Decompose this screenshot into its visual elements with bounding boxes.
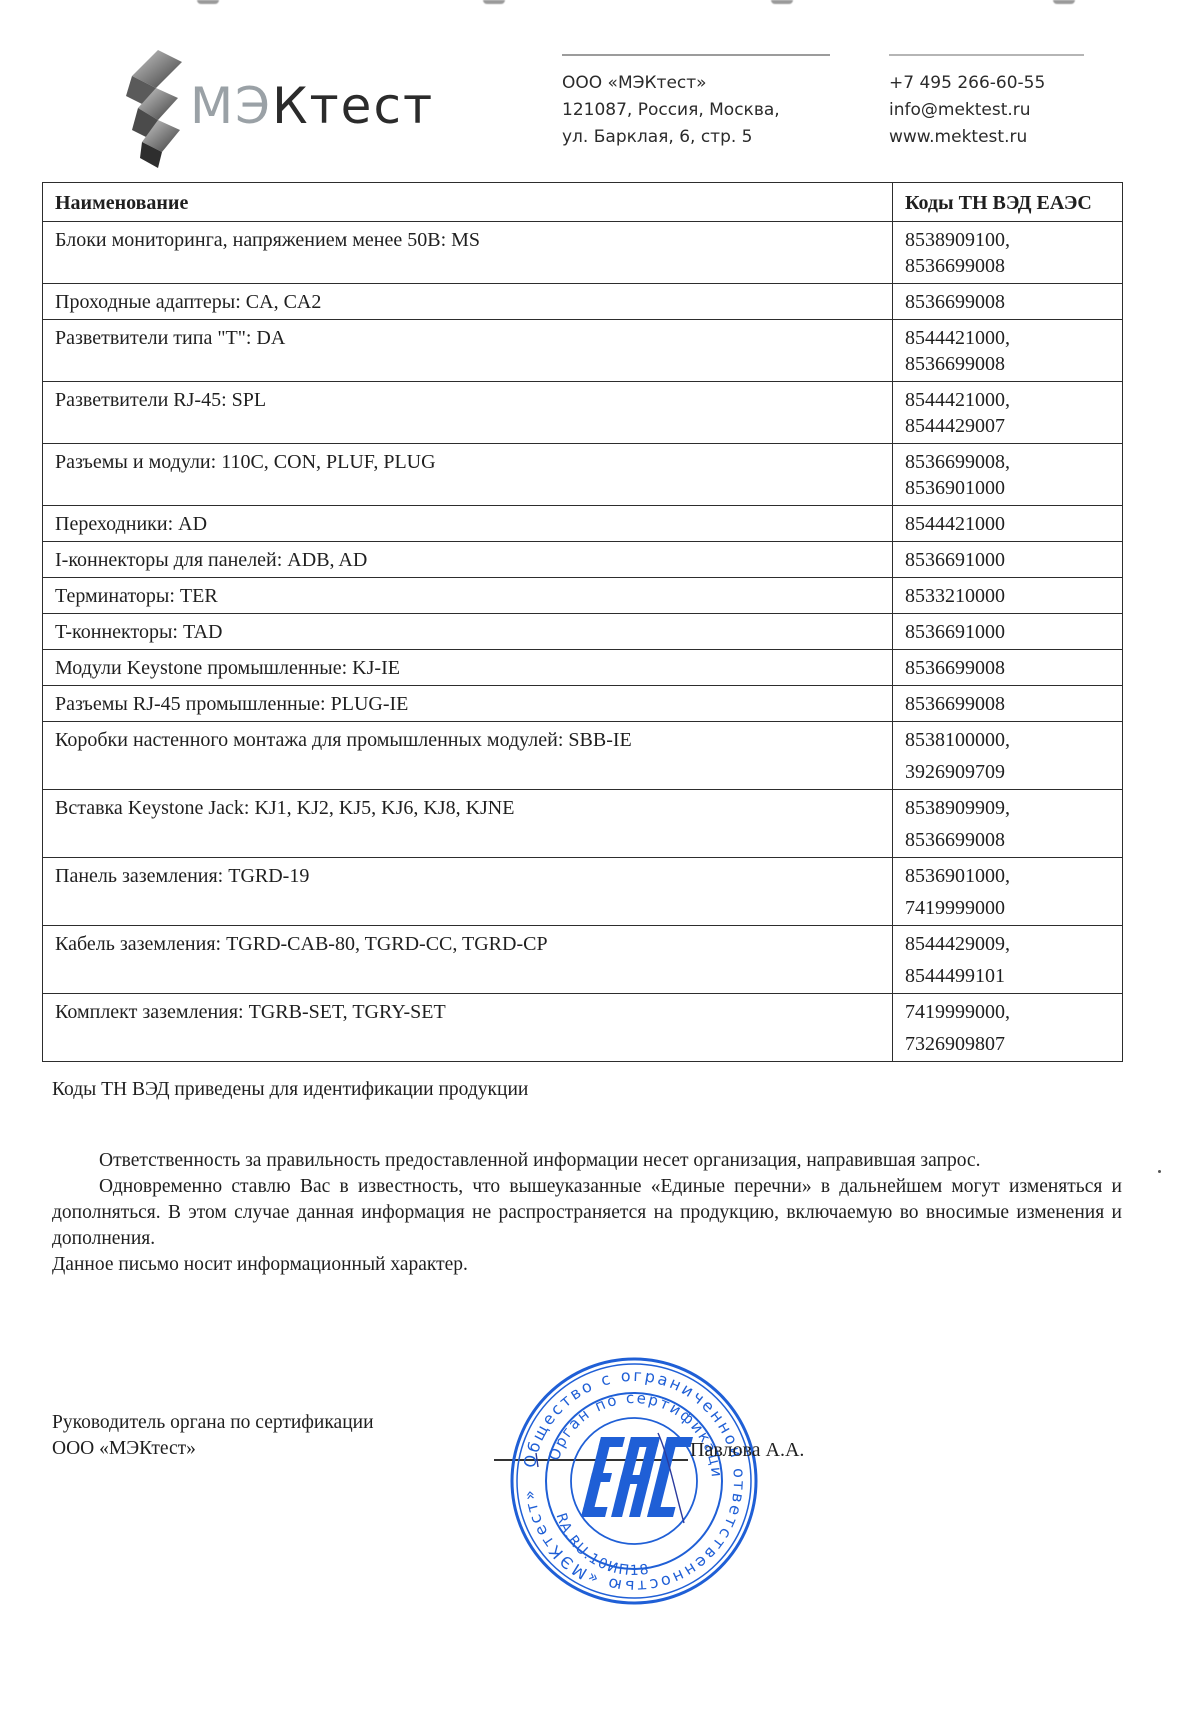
table-row: Коробки настенного монтажа для промышлен… — [43, 722, 1123, 790]
hs-codes-cell: 8536699008 — [893, 650, 1123, 686]
hs-code: 8536699008 — [905, 691, 1110, 717]
table-row: T-коннекторы: TAD8536691000 — [43, 614, 1123, 650]
product-name-cell: Разъемы RJ-45 промышленные: PLUG-IE — [43, 686, 893, 722]
product-codes-table: Наименование Коды ТН ВЭД ЕАЭС Блоки мони… — [42, 182, 1123, 1062]
hs-codes-cell: 8544421000 — [893, 506, 1123, 542]
signatory-position: Руководитель органа по сертификации — [52, 1410, 374, 1436]
hs-code: 8536901000, — [905, 863, 1110, 889]
paragraph-responsibility: Ответственность за правильность предоста… — [52, 1148, 1122, 1174]
hs-code: 8544429009, — [905, 931, 1110, 957]
company-street: ул. Барклая, 6, стр. 5 — [562, 124, 780, 151]
hs-code: 7419999000, — [905, 999, 1110, 1025]
scan-artifact — [1158, 1170, 1161, 1173]
product-name-cell: Блоки мониторинга, напряжением менее 50В… — [43, 222, 893, 284]
hs-code: 8538909100, — [905, 227, 1110, 253]
product-name-cell: I-коннекторы для панелей: ADB, AD — [43, 542, 893, 578]
table-row: Модули Keystone промышленные: KJ-IE85366… — [43, 650, 1123, 686]
hs-code: 7419999000 — [905, 895, 1110, 921]
table-row: Переходники: AD8544421000 — [43, 506, 1123, 542]
table-row: Панель заземления: TGRD-198536901000,741… — [43, 858, 1123, 926]
hs-codes-cell: 7419999000,7326909807 — [893, 994, 1123, 1062]
company-city: 121087, Россия, Москва, — [562, 97, 780, 124]
hs-code: 8536691000 — [905, 547, 1110, 573]
hs-codes-cell: 8536691000 — [893, 542, 1123, 578]
hs-code: 3926909709 — [905, 759, 1110, 785]
company-phone: +7 495 266-60-55 — [889, 70, 1045, 97]
hs-code: 8538100000, — [905, 727, 1110, 753]
table-row: Проходные адаптеры: CA, CA28536699008 — [43, 284, 1123, 320]
hs-code: 8536699008 — [905, 655, 1110, 681]
company-address-block: ООО «МЭКтест» 121087, Россия, Москва, ул… — [562, 70, 780, 151]
hs-codes-cell: 8538909100,8536699008 — [893, 222, 1123, 284]
header-rule-left — [562, 54, 830, 56]
product-name-cell: Комплект заземления: TGRB-SET, TGRY-SET — [43, 994, 893, 1062]
company-name: ООО «МЭКтест» — [562, 70, 780, 97]
scan-binder-marks — [0, 0, 1200, 8]
hs-codes-cell: 8536691000 — [893, 614, 1123, 650]
product-name-cell: Модули Keystone промышленные: KJ-IE — [43, 650, 893, 686]
company-email[interactable]: info@mektest.ru — [889, 97, 1045, 124]
table-row: I-коннекторы для панелей: ADB, AD8536691… — [43, 542, 1123, 578]
hs-code: 8536699008, — [905, 449, 1110, 475]
company-website[interactable]: www.mektest.ru — [889, 124, 1045, 151]
logo-wordmark: МЭКтест — [190, 76, 434, 136]
hs-codes-cell: 8536699008,8536901000 — [893, 444, 1123, 506]
hs-code: 8544429007 — [905, 413, 1110, 439]
product-name-cell: T-коннекторы: TAD — [43, 614, 893, 650]
hs-code: 8536699008 — [905, 827, 1110, 853]
table-row: Комплект заземления: TGRB-SET, TGRY-SET7… — [43, 994, 1123, 1062]
signature-stroke — [508, 1355, 760, 1607]
table-row: Разъемы RJ-45 промышленные: PLUG-IE85366… — [43, 686, 1123, 722]
product-name-cell: Панель заземления: TGRD-19 — [43, 858, 893, 926]
hs-code: 8538909909, — [905, 795, 1110, 821]
signatory-name: Павлова А.А. — [690, 1437, 804, 1463]
product-name-cell: Переходники: AD — [43, 506, 893, 542]
hs-code: 8536699008 — [905, 289, 1110, 315]
hs-code: 8533210000 — [905, 583, 1110, 609]
hs-codes-cell: 8538909909,8536699008 — [893, 790, 1123, 858]
product-name-cell: Проходные адаптеры: CA, CA2 — [43, 284, 893, 320]
signatory-organization: ООО «МЭКтест» — [52, 1436, 374, 1462]
hs-codes-cell: 8544429009,8544499101 — [893, 926, 1123, 994]
hs-codes-cell: 8536699008 — [893, 284, 1123, 320]
company-contact-block: +7 495 266-60-55 info@mektest.ru www.mek… — [889, 70, 1045, 151]
column-header-name: Наименование — [43, 183, 893, 222]
eac-stamp: Общество с ограниченной ответственностью… — [508, 1355, 760, 1607]
company-logo: МЭКтест — [118, 48, 458, 168]
hs-code: 8536699008 — [905, 351, 1110, 377]
signatory-title: Руководитель органа по сертификации ООО … — [52, 1410, 374, 1462]
hs-codes-cell: 8536901000,7419999000 — [893, 858, 1123, 926]
column-header-codes: Коды ТН ВЭД ЕАЭС — [893, 183, 1123, 222]
hs-code: 8544421000, — [905, 387, 1110, 413]
hs-code: 8544421000, — [905, 325, 1110, 351]
hs-codes-cell: 8544421000,8536699008 — [893, 320, 1123, 382]
table-row: Кабель заземления: TGRD-CAB-80, TGRD-CC,… — [43, 926, 1123, 994]
header-rule-right — [889, 54, 1084, 56]
paragraph-changes: Одновременно ставлю Вас в известность, ч… — [52, 1174, 1122, 1252]
codes-note: Коды ТН ВЭД приведены для идентификации … — [52, 1077, 528, 1103]
product-name-cell: Разъемы и модули: 110C, CON, PLUF, PLUG — [43, 444, 893, 506]
table-row: Терминаторы: TER8533210000 — [43, 578, 1123, 614]
hs-code: 8536901000 — [905, 475, 1110, 501]
hs-codes-cell: 8533210000 — [893, 578, 1123, 614]
hs-codes-cell: 8538100000,3926909709 — [893, 722, 1123, 790]
product-name-cell: Разветвители типа "T": DA — [43, 320, 893, 382]
table-row: Разветвители типа "T": DA8544421000,8536… — [43, 320, 1123, 382]
hs-code: 8536699008 — [905, 253, 1110, 279]
paragraph-informational: Данное письмо носит информационный харак… — [52, 1252, 1122, 1278]
letter-body: Ответственность за правильность предоста… — [52, 1148, 1122, 1278]
mektest-logo-icon — [118, 48, 198, 168]
product-name-cell: Коробки настенного монтажа для промышлен… — [43, 722, 893, 790]
table-row: Разъемы и модули: 110C, CON, PLUF, PLUG8… — [43, 444, 1123, 506]
product-name-cell: Разветвители RJ-45: SPL — [43, 382, 893, 444]
hs-code: 7326909807 — [905, 1031, 1110, 1057]
table-body: Блоки мониторинга, напряжением менее 50В… — [43, 222, 1123, 1062]
table-row: Разветвители RJ-45: SPL8544421000,854442… — [43, 382, 1123, 444]
product-name-cell: Вставка Keystone Jack: KJ1, KJ2, KJ5, KJ… — [43, 790, 893, 858]
table-header-row: Наименование Коды ТН ВЭД ЕАЭС — [43, 183, 1123, 222]
product-name-cell: Кабель заземления: TGRD-CAB-80, TGRD-CC,… — [43, 926, 893, 994]
table-row: Вставка Keystone Jack: KJ1, KJ2, KJ5, KJ… — [43, 790, 1123, 858]
product-name-cell: Терминаторы: TER — [43, 578, 893, 614]
hs-codes-cell: 8544421000,8544429007 — [893, 382, 1123, 444]
hs-code: 8544421000 — [905, 511, 1110, 537]
hs-code: 8544499101 — [905, 963, 1110, 989]
hs-codes-cell: 8536699008 — [893, 686, 1123, 722]
table-row: Блоки мониторинга, напряжением менее 50В… — [43, 222, 1123, 284]
hs-code: 8536691000 — [905, 619, 1110, 645]
